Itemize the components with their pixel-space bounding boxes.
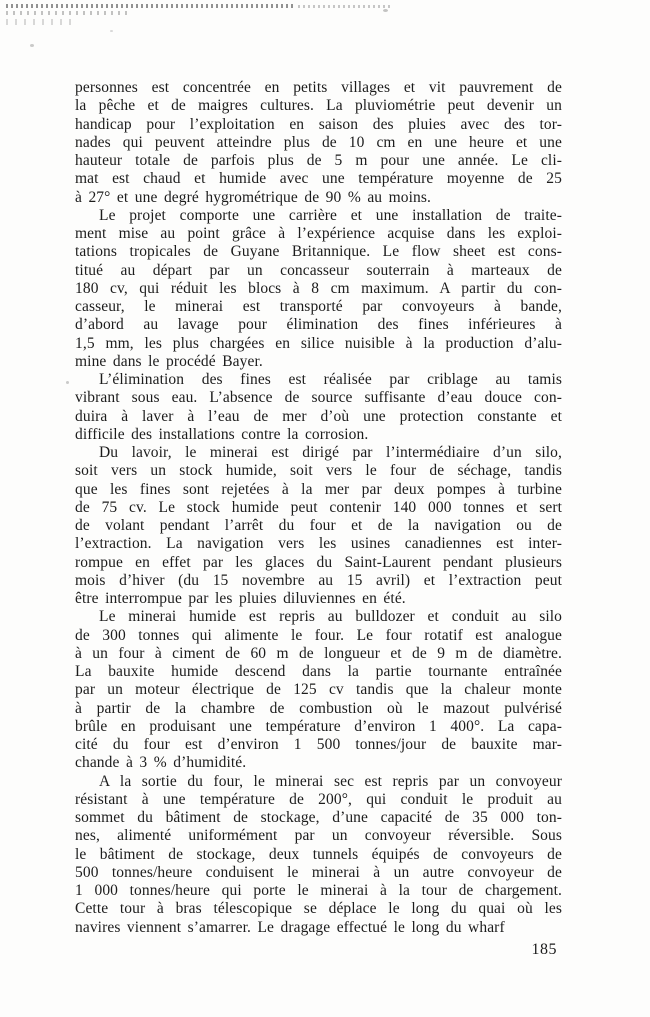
- paragraph: A la sortie du four, le minerai sec est …: [75, 773, 562, 937]
- text-line: titué au départ par un concasseur souter…: [75, 262, 562, 280]
- book-page: personnes est concentrée en petits villa…: [0, 0, 650, 1017]
- text-line: 500 tonnes/heure conduisent le minerai à…: [75, 864, 562, 882]
- text-line: soit vers un stock humide, soit vers le …: [75, 462, 562, 480]
- text-line: nades qui peuvent atteindre plus de 10 c…: [75, 134, 562, 152]
- text-block: personnes est concentrée en petits villa…: [75, 79, 562, 937]
- text-line: à un four à ciment de 60 m de longueur e…: [75, 645, 562, 663]
- scan-speck: [30, 44, 34, 47]
- text-line: Du lavoir, le minerai est dirigé par l’i…: [75, 444, 562, 462]
- scan-speck: [66, 381, 69, 384]
- text-line: Le projet comporte une carrière et une i…: [75, 207, 562, 225]
- scan-speck: [383, 9, 388, 12]
- page-number: 185: [532, 941, 558, 959]
- text-line: vibrant sous eau. L’absence de source su…: [75, 389, 562, 407]
- text-line: hauteur totale de parfois plus de 5 m po…: [75, 152, 562, 170]
- text-line: handicap pour l’exploitation en saison d…: [75, 116, 562, 134]
- text-line: la pêche et de maigres cultures. La pluv…: [75, 97, 562, 115]
- paragraph: Le minerai humide est repris au bulldoze…: [75, 608, 562, 772]
- text-line: par un moteur électrique de 125 cv tandi…: [75, 681, 562, 699]
- text-line: L’élimination des fines est réalisée par…: [75, 371, 562, 389]
- text-line: à 27° et une degré hygrométrique de 90 %…: [75, 189, 562, 207]
- text-line: duira à laver à l’eau de mer d’où une pr…: [75, 408, 562, 426]
- text-line: à partir de la chambre de combustion où …: [75, 700, 562, 718]
- text-line: Cette tour à bras télescopique se déplac…: [75, 900, 562, 918]
- text-line: A la sortie du four, le minerai sec est …: [75, 773, 562, 791]
- text-line: 1 000 tonnes/heure qui porte le minerai …: [75, 882, 562, 900]
- text-line: sommet du bâtiment de stockage, d’une ca…: [75, 809, 562, 827]
- scan-noise-band: [6, 11, 128, 15]
- text-line: navires viennent s’amarrer. Le dragage e…: [75, 919, 562, 937]
- text-line: que les fines sont rejetées à la mer par…: [75, 481, 562, 499]
- text-line: d’abord au lavage pour élimination des f…: [75, 316, 562, 334]
- scan-noise-band: [6, 4, 296, 8]
- text-line: brûle en produisant une température d’en…: [75, 718, 562, 736]
- text-line: La bauxite humide descend dans la partie…: [75, 663, 562, 681]
- text-line: Le minerai humide est repris au bulldoze…: [75, 608, 562, 626]
- text-line: l’extraction. La navigation vers les usi…: [75, 535, 562, 553]
- text-line: tations tropicales de Guyane Britannique…: [75, 243, 562, 261]
- text-line: 180 cv, qui réduit les blocs à 8 cm maxi…: [75, 280, 562, 298]
- text-line: nes, alimenté uniformément par un convoy…: [75, 827, 562, 845]
- text-line: personnes est concentrée en petits villa…: [75, 79, 562, 97]
- text-line: 1,5 mm, les plus chargées en silice nuis…: [75, 335, 562, 353]
- paragraph: L’élimination des fines est réalisée par…: [75, 371, 562, 444]
- text-line: de 300 tonnes qui alimente le four. Le f…: [75, 627, 562, 645]
- paragraph: personnes est concentrée en petits villa…: [75, 79, 562, 207]
- text-line: rompue en effet par les glaces du Saint-…: [75, 554, 562, 572]
- text-line: casseur, le minerai est transporté par c…: [75, 298, 562, 316]
- paragraph: Le projet comporte une carrière et une i…: [75, 207, 562, 371]
- text-line: le bâtiment de stockage, deux tunnels éq…: [75, 846, 562, 864]
- text-line: ment mise au point grâce à l’expérience …: [75, 225, 562, 243]
- text-line: résistant à une température de 200°, qui…: [75, 791, 562, 809]
- text-line: de 75 cv. Le stock humide peut contenir …: [75, 499, 562, 517]
- paragraph: Du lavoir, le minerai est dirigé par l’i…: [75, 444, 562, 608]
- text-line: mois d’hiver (du 15 novembre au 15 avril…: [75, 572, 562, 590]
- text-line: mine dans le procédé Bayer.: [75, 353, 562, 371]
- text-line: de volant pendant l’arrêt du four et de …: [75, 517, 562, 535]
- text-line: cité du four est d’environ 1 500 tonnes/…: [75, 736, 562, 754]
- text-line: difficile des installations contre la co…: [75, 426, 562, 444]
- text-line: mat est chaud et humide avec une tempéra…: [75, 170, 562, 188]
- text-line: chande à 3 % d’humidité.: [75, 754, 562, 772]
- scan-speck: [110, 30, 113, 32]
- text-line: être interrompue par les pluies diluvien…: [75, 590, 562, 608]
- scan-noise-band: [6, 19, 78, 25]
- scan-noise-band: [298, 5, 390, 8]
